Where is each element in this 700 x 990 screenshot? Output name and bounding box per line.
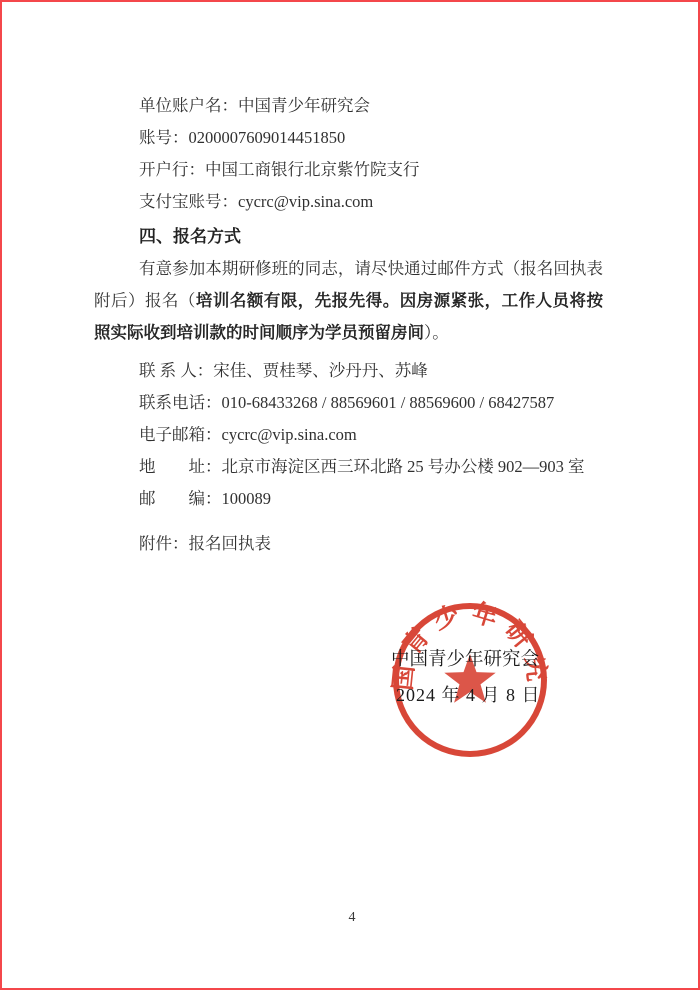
contact-address-line: 地 址：北京市海淀区西三环北路 25 号办公楼 902—903 室 bbox=[94, 451, 603, 483]
contact-email-line: 电子邮箱：cycrc@vip.sina.com bbox=[94, 419, 603, 451]
contact-info-block: 联 系 人：宋佳、贾桂琴、沙丹丹、苏峰 联系电话：010-68433268 / … bbox=[94, 355, 603, 515]
bank-branch-line: 开户行：中国工商银行北京紫竹院支行 bbox=[94, 154, 603, 186]
alipay-account-line: 支付宝账号：cycrc@vip.sina.com bbox=[94, 186, 603, 218]
section-heading-registration: 四、报名方式 bbox=[94, 221, 603, 253]
contact-person-line: 联 系 人：宋佳、贾桂琴、沙丹丹、苏峰 bbox=[94, 355, 603, 387]
document-body: 单位账户名：中国青少年研究会 账号：0200007609014451850 开户… bbox=[94, 90, 603, 560]
page-number: 4 bbox=[2, 910, 700, 926]
document-page: 单位账户名：中国青少年研究会 账号：0200007609014451850 开户… bbox=[0, 0, 700, 990]
attachment-line: 附件：报名回执表 bbox=[94, 528, 603, 560]
bank-account-number-line: 账号：0200007609014451850 bbox=[94, 122, 603, 154]
contact-postcode-line: 邮 编：100089 bbox=[94, 483, 603, 515]
contact-phone-line: 联系电话：010-68433268 / 88569601 / 88569600 … bbox=[94, 387, 603, 419]
seal-organization-text: 中国青少年研究会 bbox=[391, 649, 539, 671]
paragraph-regular-end: ）。 bbox=[424, 323, 449, 342]
seal-date-text: 2024 年 4 月 8 日 bbox=[396, 684, 541, 706]
registration-paragraph: 有意参加本期研修班的同志，请尽快通过邮件方式（报名回执表附后）报名（培训名额有限… bbox=[94, 253, 603, 349]
bank-account-name-line: 单位账户名：中国青少年研究会 bbox=[94, 90, 603, 122]
official-seal-stamp-icon: 中国青少年研究会 bbox=[390, 600, 550, 760]
